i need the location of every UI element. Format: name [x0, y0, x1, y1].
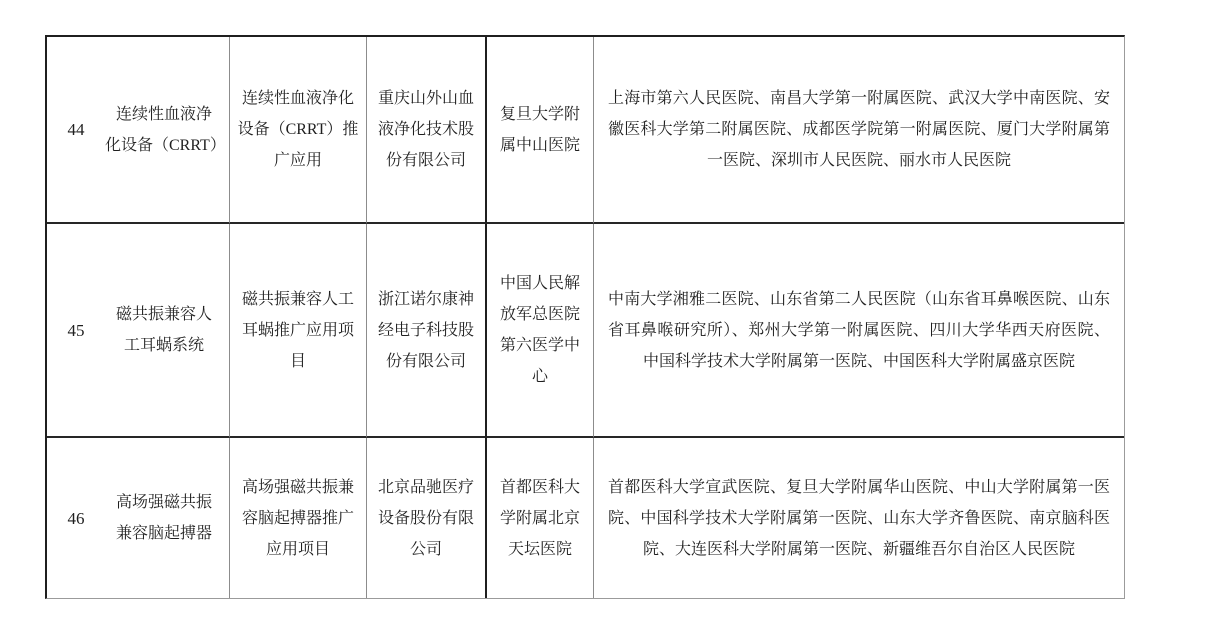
promotion-hospitals-cell: 上海市第六人民医院、南昌大学第一附属医院、武汉大学中南医院、安徽医科大学第二附属… [594, 37, 1124, 224]
company-cell: 重庆山外山血 液净化技术股 份有限公司 [367, 37, 487, 224]
product-name: 磁共振兼容人 工耳蜗系统 [105, 299, 229, 361]
project-name: 磁共振兼容人工 耳蜗推广应用项 目 [230, 284, 366, 377]
company-cell: 北京品驰医疗 设备股份有限 公司 [367, 438, 487, 598]
serial-number: 45 [47, 315, 105, 346]
project-name-cell: 磁共振兼容人工 耳蜗推广应用项 目 [230, 224, 367, 438]
product-name: 连续性血液净 化设备（CRRT） [105, 99, 229, 161]
serial-product-cell: 44 连续性血液净 化设备（CRRT） [47, 37, 230, 224]
serial-number: 44 [47, 114, 105, 145]
lead-hospital: 中国人民解 放军总医院 第六医学中 心 [487, 268, 593, 392]
table-row: 45 磁共振兼容人 工耳蜗系统 磁共振兼容人工 耳蜗推广应用项 目 浙江诺尔康神… [47, 224, 1124, 438]
lead-hospital-cell: 首都医科大 学附属北京 天坛医院 [487, 438, 594, 598]
project-name-cell: 连续性血液净化 设备（CRRT）推 广应用 [230, 37, 367, 224]
project-name-cell: 高场强磁共振兼 容脑起搏器推广 应用项目 [230, 438, 367, 598]
document-page: 44 连续性血液净 化设备（CRRT） 连续性血液净化 设备（CRRT）推 广应… [0, 0, 1214, 625]
serial-product-cell: 46 高场强磁共振 兼容脑起搏器 [47, 438, 230, 598]
product-name: 高场强磁共振 兼容脑起搏器 [105, 487, 229, 549]
promotion-hospitals: 上海市第六人民医院、南昌大学第一附属医院、武汉大学中南医院、安徽医科大学第二附属… [594, 83, 1124, 176]
project-name: 连续性血液净化 设备（CRRT）推 广应用 [230, 83, 366, 176]
promotion-hospitals: 中南大学湘雅二医院、山东省第二人民医院（山东省耳鼻喉医院、山东省耳鼻喉研究所）、… [594, 284, 1124, 377]
lead-hospital-cell: 复旦大学附 属中山医院 [487, 37, 594, 224]
table-row: 44 连续性血液净 化设备（CRRT） 连续性血液净化 设备（CRRT）推 广应… [47, 37, 1124, 224]
promotion-hospitals: 首都医科大学宣武医院、复旦大学附属华山医院、中山大学附属第一医院、中国科学技术大… [594, 472, 1124, 565]
project-name: 高场强磁共振兼 容脑起搏器推广 应用项目 [230, 472, 366, 565]
lead-hospital: 复旦大学附 属中山医院 [487, 99, 593, 161]
lead-hospital-cell: 中国人民解 放军总医院 第六医学中 心 [487, 224, 594, 438]
company-cell: 浙江诺尔康神 经电子科技股 份有限公司 [367, 224, 487, 438]
serial-number: 46 [47, 503, 105, 534]
company-name: 重庆山外山血 液净化技术股 份有限公司 [367, 83, 485, 176]
document-table: 44 连续性血液净 化设备（CRRT） 连续性血液净化 设备（CRRT）推 广应… [45, 35, 1125, 599]
promotion-hospitals-cell: 首都医科大学宣武医院、复旦大学附属华山医院、中山大学附属第一医院、中国科学技术大… [594, 438, 1124, 598]
table-row: 46 高场强磁共振 兼容脑起搏器 高场强磁共振兼 容脑起搏器推广 应用项目 北京… [47, 438, 1124, 598]
company-name: 北京品驰医疗 设备股份有限 公司 [367, 472, 485, 565]
lead-hospital: 首都医科大 学附属北京 天坛医院 [487, 472, 593, 565]
company-name: 浙江诺尔康神 经电子科技股 份有限公司 [367, 284, 485, 377]
serial-product-cell: 45 磁共振兼容人 工耳蜗系统 [47, 224, 230, 438]
promotion-hospitals-cell: 中南大学湘雅二医院、山东省第二人民医院（山东省耳鼻喉医院、山东省耳鼻喉研究所）、… [594, 224, 1124, 438]
